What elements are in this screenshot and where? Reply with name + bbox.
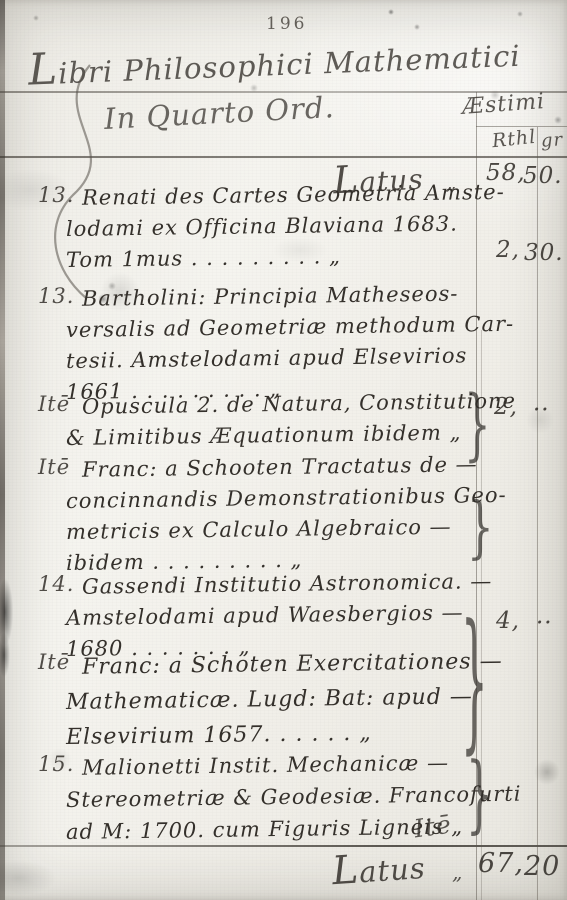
group-price-gr: ··	[536, 610, 553, 636]
entry-line: & Limitibus Æquationum ibidem „	[66, 417, 470, 454]
folio-number: 196	[266, 14, 307, 34]
total-rthl: 67,	[478, 848, 524, 879]
entry-text: Malionetti Instit. Mechanicæ — Stereomet…	[66, 752, 470, 848]
entry-price-rthl: 2,	[496, 237, 520, 263]
total-ditto-mark: „	[452, 860, 463, 884]
entry-line: Franc: a Schoten Exercitationes —	[66, 644, 470, 685]
entry-price-gr: 30.	[524, 240, 564, 266]
group-price-gr: ··	[533, 397, 550, 423]
paraph-mark: Itē	[412, 810, 453, 844]
scan-left-edge	[0, 0, 5, 900]
reichsthaler-column-header: Rthl	[491, 126, 537, 153]
total-gr: 20	[524, 851, 560, 882]
entry-text: Renati des Cartes Geometria Amste- lodam…	[66, 183, 470, 276]
groschen-column-header: gr	[540, 129, 564, 151]
section-heading: In Quarto Ord.	[103, 90, 335, 136]
group-price-rthl: 2,	[494, 394, 518, 420]
group-price-rthl: 4,	[496, 608, 520, 634]
page-title: Libri Philosophici Mathematici	[27, 26, 529, 95]
total-label: Latus	[331, 843, 427, 894]
entry-line: ad M: 1700. cum Figuris Ligneis „	[66, 810, 470, 848]
entry-line: Tom 1mus . . . . . . . . . „	[66, 239, 470, 276]
estimate-column-header: Æstimi	[461, 89, 546, 120]
carryover-gr: 50.	[523, 163, 563, 189]
entry-line: Mathematicæ. Lugd: Bat: apud —	[66, 679, 470, 720]
entry-text: Franc: a Schoten Exercitationes — Mathem…	[66, 650, 470, 755]
manuscript-page: 196 Libri Philosophici Mathematici In Qu…	[0, 0, 567, 900]
entry-text: Opuscula 2. de Natura, Constitutione & L…	[66, 392, 470, 454]
entry-text: Franc: a Schooten Tractatus de — concinn…	[66, 455, 470, 579]
column-header-rule	[0, 156, 567, 158]
